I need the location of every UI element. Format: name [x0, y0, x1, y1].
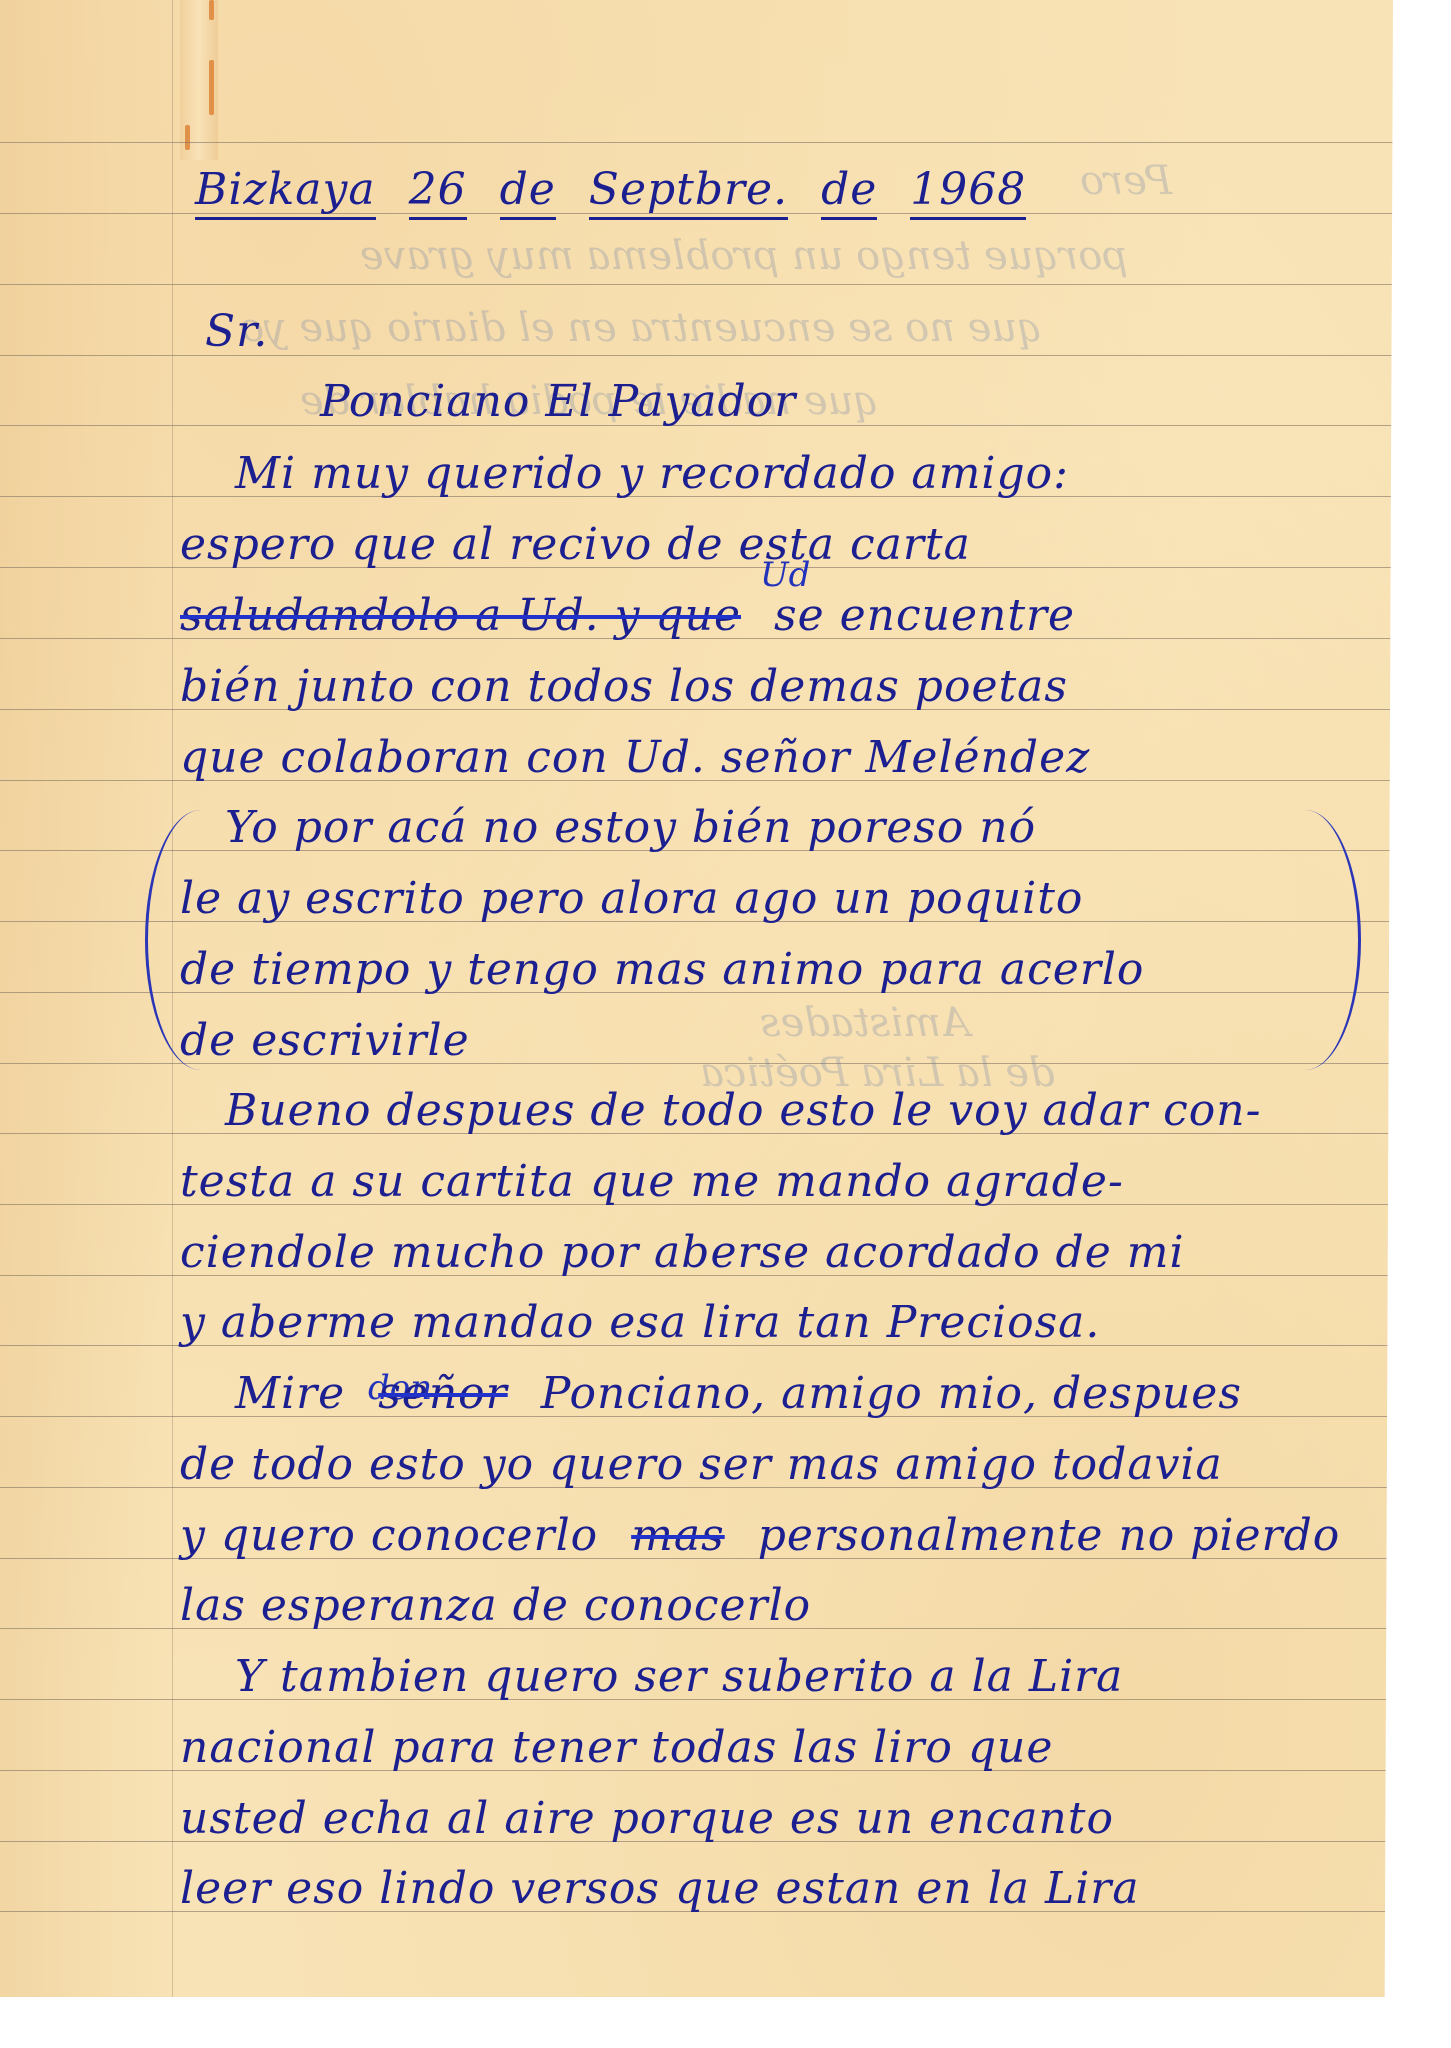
letter-line: que colaboran con Ud. señor Meléndez	[180, 736, 1090, 780]
letter-line: de todo esto yo quero ser mas amigo toda…	[180, 1443, 1223, 1487]
letter-line: le ay escrito pero alora ago un poquito	[180, 877, 1083, 921]
struck-text: saludandolo a Ud. y que	[180, 590, 741, 641]
page-edge-shading	[0, 0, 172, 1997]
letter-line: bién junto con todos los demas poetas	[180, 665, 1068, 709]
day: 26	[409, 164, 467, 220]
letter-line: Yo por acá no estoy bién poreso nó	[225, 806, 1036, 850]
letter-line: Bueno despues de todo esto le voy adar c…	[225, 1089, 1261, 1133]
letter-line: testa a su cartita que me mando agrade-	[180, 1160, 1124, 1204]
struck-text: señor	[378, 1368, 507, 1419]
place: Bizkaya	[195, 164, 376, 220]
rust-stain	[209, 0, 214, 20]
date-de: de	[500, 164, 556, 220]
line-text: Mire	[235, 1368, 345, 1419]
rust-stain	[185, 125, 190, 150]
letter-line: usted echa al aire porque es un encanto	[180, 1797, 1114, 1841]
letter-line: las esperanza de conocerlo	[180, 1584, 811, 1628]
ruled-line	[0, 142, 1393, 143]
bleed-through-text: porque tengo un problema muy grave	[360, 233, 1128, 279]
date-de: de	[821, 164, 877, 220]
letter-line: Mire señor Ponciano, amigo mio, despues	[235, 1372, 1260, 1416]
letter-line: de tiempo y tengo mas animo para acerlo	[180, 948, 1144, 992]
recipient-name: Ponciano El Payador	[320, 380, 796, 424]
letter-line: leer eso lindo versos que estan en la Li…	[180, 1867, 1140, 1911]
letter-line: y aberme mandao esa lira tan Preciosa.	[180, 1301, 1100, 1345]
letter-line: nacional para tener todas las liro que	[180, 1726, 1053, 1770]
inserted-word: Ud	[760, 555, 810, 595]
line-text: personalmente no pierdo	[758, 1510, 1341, 1561]
letter-line: ciendole mucho por aberse acordado de mi	[180, 1231, 1185, 1275]
date-heading: Bizkaya 26 de Septbre. de 1968	[195, 168, 1044, 212]
year: 1968	[910, 164, 1026, 220]
month: Septbre.	[589, 164, 788, 220]
letter-line: Mi muy querido y recordado amigo:	[235, 452, 1069, 496]
struck-text: mas	[631, 1510, 725, 1561]
letter-page: Pero porque tengo un problema muy grave …	[0, 0, 1393, 1997]
rust-stain	[209, 60, 214, 115]
letter-line: espero que al recivo de esta carta	[180, 523, 971, 567]
letter-line: saludandolo a Ud. y que se encuentre	[180, 594, 1093, 638]
bleed-through-text: Pero	[1080, 158, 1172, 204]
line-text: se encuentre	[774, 590, 1075, 641]
letter-line: de escrivirle	[180, 1019, 470, 1063]
ruled-line	[0, 284, 1393, 285]
line-text: Ponciano, amigo mio, despues	[541, 1368, 1242, 1419]
salutation-title: Sr.	[205, 310, 268, 354]
letter-line: Y tambien quero ser suberito a la Lira	[235, 1655, 1123, 1699]
letter-line: y quero conocerlo mas personalmente no p…	[180, 1514, 1358, 1558]
line-text: y quero conocerlo	[180, 1510, 598, 1561]
bleed-through-text: que no se encuentra en el diario que yo	[240, 305, 1043, 351]
